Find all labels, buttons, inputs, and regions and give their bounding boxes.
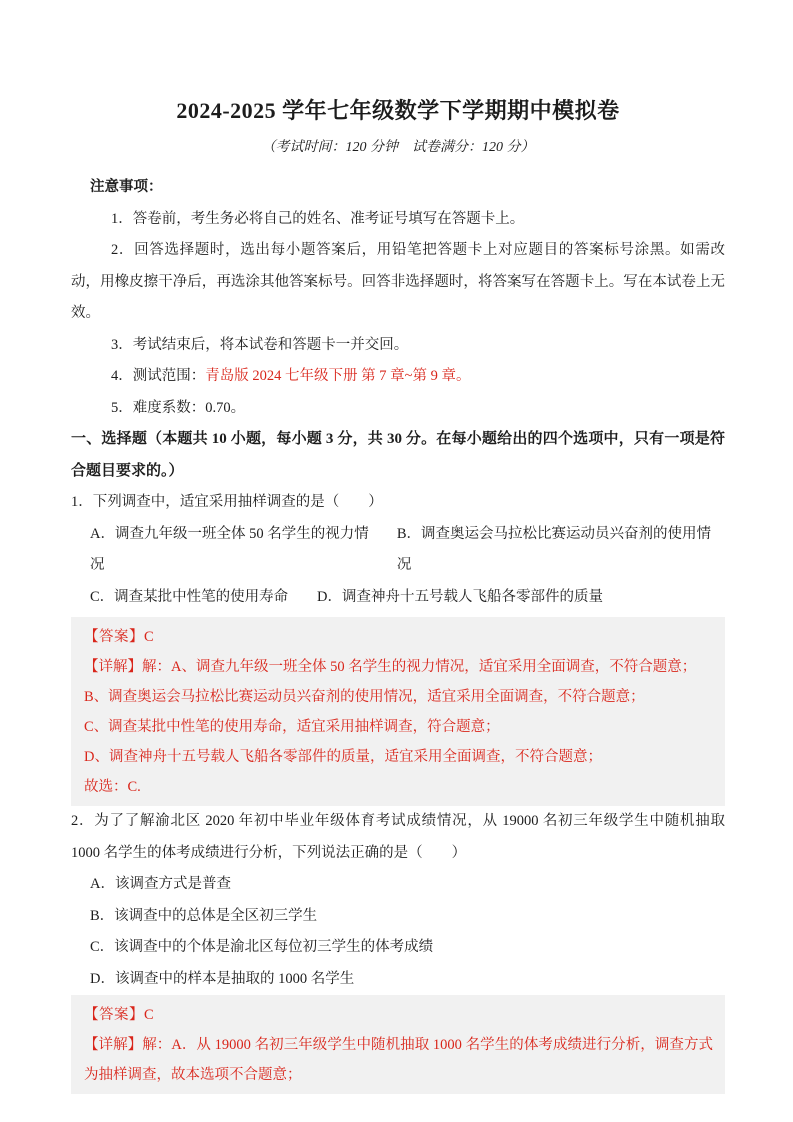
question-2-answer-line: 【答案】C <box>84 1000 713 1030</box>
notice-item-2: 2．回答选择题时，选出每小题答案后，用铅笔把答题卡上对应题目的答案标号涂黑。如需… <box>71 235 725 330</box>
answer-value: C <box>144 1007 154 1023</box>
question-1-options-row-cd: C．调查某批中性笔的使用寿命 D．调查神舟十五号载人飞船各零部件的质量 <box>71 582 725 614</box>
question-1-analysis-line-2: B、调查奥运会马拉松比赛运动员兴奋剂的使用情况，适宜采用全面调查，不符合题意； <box>84 682 713 712</box>
question-2-option-b-row: B．该调查中的总体是全区初三学生 <box>71 901 725 933</box>
question-1-option-d: D．调查神舟十五号载人飞船各零部件的质量 <box>317 582 603 614</box>
question-1-stem: 1．下列调查中，适宜采用抽样调查的是（ ） <box>71 487 725 519</box>
question-1-option-b: B．调查奥运会马拉松比赛运动员兴奋剂的使用情况 <box>397 519 725 582</box>
answer-label: 【答案】 <box>84 629 144 645</box>
question-1-analysis-conclusion: 故选：C. <box>84 772 713 802</box>
question-2-option-c-row: C．该调查中的个体是渝北区每位初三学生的体考成绩 <box>71 932 725 964</box>
question-2-analysis-line-1: 【详解】解：A．从 19000 名初三年级学生中随机抽取 1000 名学生的体考… <box>84 1030 713 1090</box>
notice-item-1: 1．答卷前，考生务必将自己的姓名、准考证号填写在答题卡上。 <box>71 204 725 236</box>
question-1-option-a: A．调查九年级一班全体 50 名学生的视力情况 <box>90 519 383 582</box>
answer-label: 【答案】 <box>84 1007 144 1023</box>
page-title: 2024-2025 学年七年级数学下学期期中模拟卷 <box>71 94 725 128</box>
question-1-answer-block: 【答案】C 【详解】解：A、调查九年级一班全体 50 名学生的视力情况，适宜采用… <box>71 617 725 806</box>
question-2-option-b: B．该调查中的总体是全区初三学生 <box>90 901 317 933</box>
question-2-stem: 2．为了了解渝北区 2020 年初中毕业年级体育考试成绩情况，从 19000 名… <box>71 806 725 869</box>
notice-heading: 注意事项： <box>71 172 725 204</box>
question-1-analysis-line-3: C、调查某批中性笔的使用寿命，适宜采用抽样调查，符合题意； <box>84 712 713 742</box>
question-1-analysis-line-1: 【详解】解：A、调查九年级一班全体 50 名学生的视力情况，适宜采用全面调查，不… <box>84 652 713 682</box>
question-1-option-c: C．调查某批中性笔的使用寿命 <box>90 582 317 614</box>
question-2-option-c: C．该调查中的个体是渝北区每位初三学生的体考成绩 <box>90 932 433 964</box>
question-2-option-a-row: A．该调查方式是普查 <box>71 869 725 901</box>
answer-value: C <box>144 629 154 645</box>
question-1-options-row-ab: A．调查九年级一班全体 50 名学生的视力情况 B．调查奥运会马拉松比赛运动员兴… <box>71 519 725 582</box>
exam-document-page: 2024-2025 学年七年级数学下学期期中模拟卷 （考试时间：120 分钟 试… <box>0 94 793 1094</box>
notice-item-4-scope-highlight: 青岛版 2024 七年级下册 第 7 章~第 9 章。 <box>205 368 470 384</box>
notice-item-5: 5．难度系数：0.70。 <box>71 393 725 425</box>
exam-info-subtitle: （考试时间：120 分钟 试卷满分：120 分） <box>71 134 725 162</box>
notice-item-4-prefix: 4．测试范围： <box>111 368 205 384</box>
question-2-option-d: D．该调查中的样本是抽取的 1000 名学生 <box>90 964 354 996</box>
notice-item-4: 4．测试范围：青岛版 2024 七年级下册 第 7 章~第 9 章。 <box>71 361 725 393</box>
notice-item-3: 3．考试结束后，将本试卷和答题卡一并交回。 <box>71 330 725 362</box>
question-2-answer-block: 【答案】C 【详解】解：A．从 19000 名初三年级学生中随机抽取 1000 … <box>71 995 725 1094</box>
section-1-heading: 一、选择题（本题共 10 小题，每小题 3 分，共 30 分。在每小题给出的四个… <box>71 424 725 487</box>
question-2-option-a: A．该调查方式是普查 <box>90 869 231 901</box>
question-1-answer-line: 【答案】C <box>84 622 713 652</box>
question-1-analysis-line-4: D、调查神舟十五号载人飞船各零部件的质量，适宜采用全面调查，不符合题意； <box>84 742 713 772</box>
question-2-option-d-row: D．该调查中的样本是抽取的 1000 名学生 <box>71 964 725 996</box>
